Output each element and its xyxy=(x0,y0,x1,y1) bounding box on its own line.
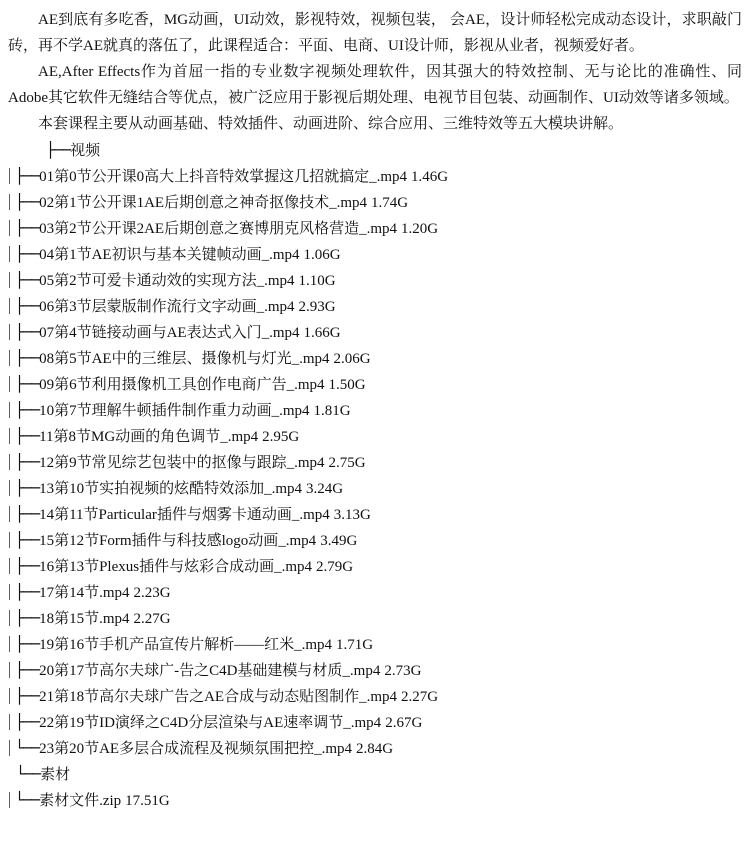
file-name: 05第2节可爱卡通动效的实现方法_.mp4 xyxy=(39,273,294,289)
file-name: 21第18节高尔夫球广告之AE合成与动态贴图制作_.mp4 xyxy=(39,689,397,705)
file-size: 2.75G xyxy=(329,455,366,471)
tree-folder-material: └──素材 xyxy=(8,761,742,787)
material-file-list: └──素材文件.zip17.51G xyxy=(8,787,742,813)
tree-file-row: ├──08第5节AE中的三维层、摄像机与灯光_.mp42.06G xyxy=(8,345,742,371)
file-name: 08第5节AE中的三维层、摄像机与灯光_.mp4 xyxy=(39,351,329,367)
tree-file-row: ├──06第3节层蒙版制作流行文字动画_.mp42.93G xyxy=(8,293,742,319)
file-size: 2.27G xyxy=(134,611,171,627)
tree-guide-line xyxy=(9,636,10,652)
file-name: 04第1节AE初识与基本关键帧动画_.mp4 xyxy=(39,247,299,263)
file-name: 18第15节.mp4 xyxy=(39,611,129,627)
file-size: 2.23G xyxy=(134,585,171,601)
tree-guide-line xyxy=(9,324,10,340)
file-name: 13第10节实拍视频的炫酷特效添加_.mp4 xyxy=(39,481,302,497)
tree-file-row: ├──02第1节公开课1AE后期创意之神奇抠像技术_.mp41.74G xyxy=(8,189,742,215)
file-name: 22第19节ID演绎之C4D分层渲染与AE速率调节_.mp4 xyxy=(39,715,381,731)
tree-branch-glyph: ├── xyxy=(15,505,39,523)
file-size: 2.27G xyxy=(401,689,438,705)
tree-file-row: ├──12第9节常见综艺包装中的抠像与跟踪_.mp42.75G xyxy=(8,449,742,475)
tree-file-row: ├──14第11节Particular插件与烟雾卡通动画_.mp43.13G xyxy=(8,501,742,527)
tree-branch-glyph: └── xyxy=(15,739,39,757)
tree-branch-glyph: ├── xyxy=(15,583,39,601)
file-name: 06第3节层蒙版制作流行文字动画_.mp4 xyxy=(39,299,294,315)
tree-branch-glyph: ├── xyxy=(15,375,39,393)
file-size: 1.74G xyxy=(371,195,408,211)
tree-file-row: ├──04第1节AE初识与基本关键帧动画_.mp41.06G xyxy=(8,241,742,267)
tree-guide-line xyxy=(9,168,10,184)
file-name: 10第7节理解牛顿插件制作重力动画_.mp4 xyxy=(39,403,309,419)
file-name: 02第1节公开课1AE后期创意之神奇抠像技术_.mp4 xyxy=(39,195,367,211)
file-size: 1.71G xyxy=(336,637,373,653)
tree-file-row: ├──16第13节Plexus插件与炫彩合成动画_.mp42.79G xyxy=(8,553,742,579)
file-size: 2.79G xyxy=(316,559,353,575)
tree-branch-glyph: ├── xyxy=(15,453,39,471)
tree-branch-glyph: ├── xyxy=(15,245,39,263)
file-size: 3.13G xyxy=(334,507,371,523)
tree-branch-glyph: ├── xyxy=(15,635,39,653)
file-size: 17.51G xyxy=(125,793,170,809)
file-name: 17第14节.mp4 xyxy=(39,585,129,601)
file-name: 23第20节AE多层合成流程及视频氛围把控_.mp4 xyxy=(39,741,352,757)
tree-branch-glyph: ├── xyxy=(15,349,39,367)
file-name: 12第9节常见综艺包装中的抠像与跟踪_.mp4 xyxy=(39,455,324,471)
file-size: 3.49G xyxy=(320,533,357,549)
tree-branch-glyph: ├── xyxy=(15,427,39,445)
tree-guide-line xyxy=(9,506,10,522)
tree-guide-line xyxy=(9,246,10,262)
tree-branch-glyph: ├── xyxy=(15,557,39,575)
file-size: 1.46G xyxy=(411,169,448,185)
file-size: 1.06G xyxy=(304,247,341,263)
tree-branch-glyph: ├── xyxy=(46,141,70,159)
tree-guide-line xyxy=(9,740,10,756)
tree-file-row: ├──17第14节.mp42.23G xyxy=(8,579,742,605)
file-name: 19第16节手机产品宣传片解析——红米_.mp4 xyxy=(39,637,332,653)
file-name: 14第11节Particular插件与烟雾卡通动画_.mp4 xyxy=(39,507,330,523)
file-size: 2.73G xyxy=(384,663,421,679)
file-name: 07第4节链接动画与AE表达式入门_.mp4 xyxy=(39,325,299,341)
tree-file-row: ├──01第0节公开课0高大上抖音特效掌握这几招就搞定_.mp41.46G xyxy=(8,163,742,189)
tree-guide-line xyxy=(9,272,10,288)
tree-guide-line xyxy=(9,220,10,236)
tree-guide-line xyxy=(9,584,10,600)
tree-file-row: ├──03第2节公开课2AE后期创意之赛博朋克风格营造_.mp41.20G xyxy=(8,215,742,241)
file-size: 2.93G xyxy=(299,299,336,315)
folder-label: 视频 xyxy=(70,143,100,159)
file-size: 2.06G xyxy=(334,351,371,367)
tree-branch-glyph: ├── xyxy=(15,323,39,341)
tree-guide-line xyxy=(9,428,10,444)
tree-branch-glyph: ├── xyxy=(15,609,39,627)
tree-branch-glyph: ├── xyxy=(15,167,39,185)
tree-branch-glyph: ├── xyxy=(15,271,39,289)
intro-paragraph-3: 本套课程主要从动画基础、特效插件、动画进阶、综合应用、三维特效等五大模块讲解。 xyxy=(8,111,742,137)
tree-branch-glyph: ├── xyxy=(15,401,39,419)
file-size: 1.20G xyxy=(401,221,438,237)
tree-branch-glyph: ├── xyxy=(15,297,39,315)
file-name: 01第0节公开课0高大上抖音特效掌握这几招就搞定_.mp4 xyxy=(39,169,407,185)
tree-guide-line xyxy=(9,402,10,418)
file-size: 1.81G xyxy=(314,403,351,419)
tree-guide-line xyxy=(9,454,10,470)
tree-branch-glyph: ├── xyxy=(15,687,39,705)
intro-paragraph-1: AE到底有多吃香，MG动画，UI动效，影视特效，视频包装， 会AE，设计师轻松完… xyxy=(8,7,742,59)
tree-guide-line xyxy=(9,662,10,678)
file-name: 素材文件.zip xyxy=(39,793,121,809)
tree-folder-video: ├──视频 xyxy=(8,137,742,163)
tree-branch-glyph: └── xyxy=(15,791,39,809)
tree-guide-line xyxy=(9,792,10,808)
file-name: 09第6节利用摄像机工具创作电商广告_.mp4 xyxy=(39,377,324,393)
tree-file-row: ├──22第19节ID演绎之C4D分层渲染与AE速率调节_.mp42.67G xyxy=(8,709,742,735)
intro-paragraph-2: AE,After Effects作为首屈一指的专业数字视频处理软件，因其强大的特… xyxy=(8,59,742,111)
tree-file-row: ├──05第2节可爱卡通动效的实现方法_.mp41.10G xyxy=(8,267,742,293)
tree-branch-glyph: ├── xyxy=(15,713,39,731)
file-size: 1.50G xyxy=(329,377,366,393)
tree-branch-glyph: ├── xyxy=(15,219,39,237)
file-size: 2.95G xyxy=(262,429,299,445)
tree-file-row: ├──07第4节链接动画与AE表达式入门_.mp41.66G xyxy=(8,319,742,345)
tree-guide-line xyxy=(9,688,10,704)
video-file-list: ├──01第0节公开课0高大上抖音特效掌握这几招就搞定_.mp41.46G├──… xyxy=(8,163,742,761)
tree-branch-glyph: ├── xyxy=(15,479,39,497)
document-body: AE到底有多吃香，MG动画，UI动效，影视特效，视频包装， 会AE，设计师轻松完… xyxy=(0,0,750,813)
tree-guide-line xyxy=(9,610,10,626)
tree-file-row: └──23第20节AE多层合成流程及视频氛围把控_.mp42.84G xyxy=(8,735,742,761)
file-name: 03第2节公开课2AE后期创意之赛博朋克风格营造_.mp4 xyxy=(39,221,397,237)
tree-guide-line xyxy=(9,194,10,210)
tree-guide-line xyxy=(9,480,10,496)
tree-file-row: ├──19第16节手机产品宣传片解析——红米_.mp41.71G xyxy=(8,631,742,657)
tree-guide-line xyxy=(9,298,10,314)
tree-guide-line xyxy=(9,376,10,392)
tree-guide-line xyxy=(9,558,10,574)
tree-branch-glyph: ├── xyxy=(15,531,39,549)
file-name: 16第13节Plexus插件与炫彩合成动画_.mp4 xyxy=(39,559,312,575)
tree-file-row: ├──15第12节Form插件与科技感logo动画_.mp43.49G xyxy=(8,527,742,553)
tree-guide-line xyxy=(9,350,10,366)
folder-label: 素材 xyxy=(40,767,70,783)
file-name: 11第8节MG动画的角色调节_.mp4 xyxy=(39,429,258,445)
tree-branch-glyph: └── xyxy=(16,765,40,783)
tree-file-row: ├──21第18节高尔夫球广告之AE合成与动态贴图制作_.mp42.27G xyxy=(8,683,742,709)
file-size: 2.84G xyxy=(356,741,393,757)
file-name: 20第17节高尔夫球广-告之C4D基础建模与材质_.mp4 xyxy=(39,663,380,679)
file-size: 3.24G xyxy=(306,481,343,497)
file-name: 15第12节Form插件与科技感logo动画_.mp4 xyxy=(39,533,316,549)
tree-file-row: ├──10第7节理解牛顿插件制作重力动画_.mp41.81G xyxy=(8,397,742,423)
file-size: 1.10G xyxy=(299,273,336,289)
tree-file-row: ├──18第15节.mp42.27G xyxy=(8,605,742,631)
tree-file-row: ├──11第8节MG动画的角色调节_.mp42.95G xyxy=(8,423,742,449)
tree-file-row: ├──20第17节高尔夫球广-告之C4D基础建模与材质_.mp42.73G xyxy=(8,657,742,683)
file-size: 2.67G xyxy=(385,715,422,731)
tree-guide-line xyxy=(9,714,10,730)
tree-file-row: ├──13第10节实拍视频的炫酷特效添加_.mp43.24G xyxy=(8,475,742,501)
tree-guide-line xyxy=(9,532,10,548)
tree-branch-glyph: ├── xyxy=(15,661,39,679)
tree-file-row: ├──09第6节利用摄像机工具创作电商广告_.mp41.50G xyxy=(8,371,742,397)
file-size: 1.66G xyxy=(304,325,341,341)
tree-branch-glyph: ├── xyxy=(15,193,39,211)
tree-file-row: └──素材文件.zip17.51G xyxy=(8,787,742,813)
